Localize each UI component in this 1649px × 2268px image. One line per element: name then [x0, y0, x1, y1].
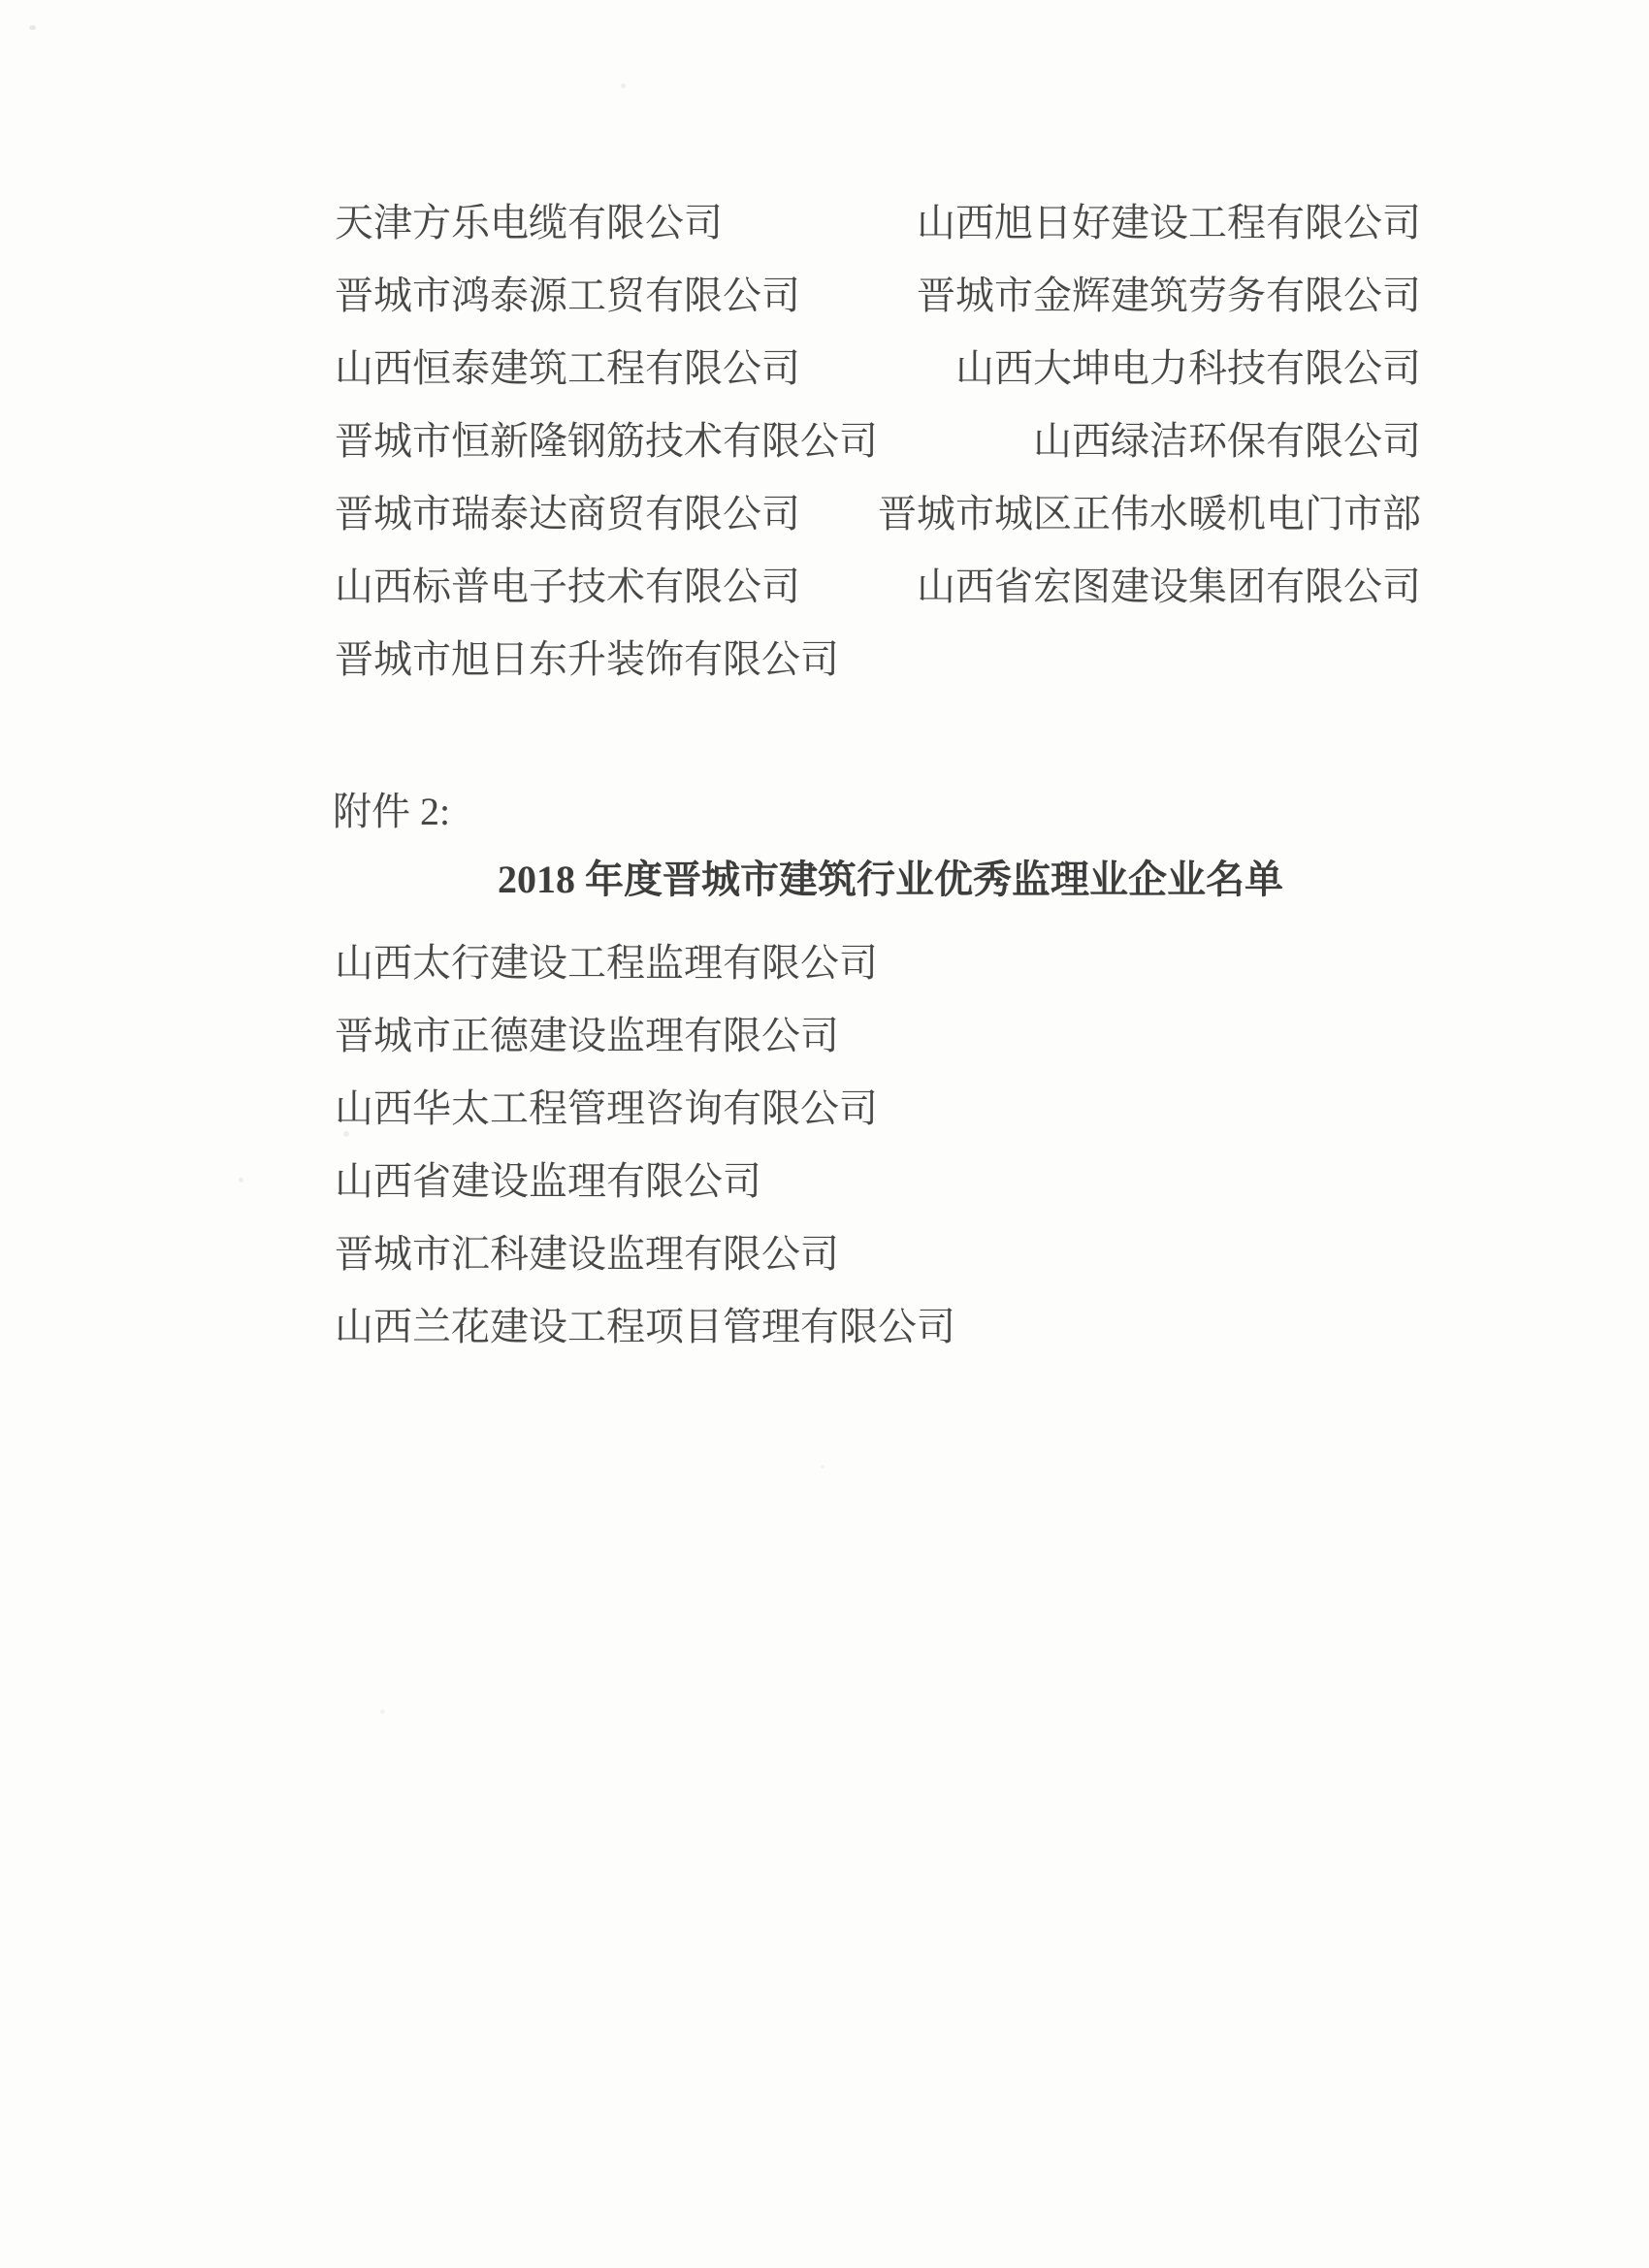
company-name-left: 山西恒泰建筑工程有限公司 — [335, 332, 800, 405]
scan-speck — [239, 1178, 243, 1183]
attachment-label: 附件 2: — [333, 793, 450, 831]
supervision-company-list: 山西太行建设工程监理有限公司 晋城市正德建设监理有限公司 山西华太工程管理咨询有… — [335, 926, 1421, 1363]
company-row: 山西标普电子技术有限公司 山西省宏图建设集团有限公司 — [335, 550, 1421, 623]
company-name-right: 山西旭日好建设工程有限公司 — [917, 186, 1421, 259]
company-name-left: 晋城市瑞泰达商贸有限公司 — [335, 477, 800, 550]
company-row: 晋城市瑞泰达商贸有限公司 晋城市城区正伟水暖机电门市部 — [335, 477, 1421, 550]
scan-speck — [343, 1131, 349, 1137]
company-name-left: 山西标普电子技术有限公司 — [335, 550, 800, 623]
company-name-left: 晋城市鸿泰源工贸有限公司 — [335, 259, 800, 332]
scan-speck — [621, 83, 626, 88]
list-item: 山西华太工程管理咨询有限公司 — [335, 1072, 1421, 1145]
list-item: 山西兰花建设工程项目管理有限公司 — [335, 1290, 1421, 1363]
company-row: 山西恒泰建筑工程有限公司 山西大坤电力科技有限公司 — [335, 332, 1421, 405]
company-name-left: 晋城市恒新隆钢筋技术有限公司 — [335, 405, 878, 477]
company-name-right: 山西绿洁环保有限公司 — [1033, 405, 1421, 477]
list-item: 山西省建设监理有限公司 — [335, 1145, 1421, 1217]
scan-speck — [380, 1709, 385, 1714]
attachment-title: 2018 年度晋城市建筑行业优秀监理业企业名单 — [347, 858, 1434, 902]
company-name-left: 天津方乐电缆有限公司 — [335, 186, 723, 259]
list-item: 晋城市汇科建设监理有限公司 — [335, 1217, 1421, 1290]
company-name-right: 山西大坤电力科技有限公司 — [955, 332, 1421, 405]
company-row: 晋城市旭日东升装饰有限公司 — [335, 623, 1421, 696]
company-row: 天津方乐电缆有限公司 山西旭日好建设工程有限公司 — [335, 186, 1421, 259]
company-name-left: 晋城市旭日东升装饰有限公司 — [335, 623, 839, 696]
company-row: 晋城市恒新隆钢筋技术有限公司 山西绿洁环保有限公司 — [335, 405, 1421, 477]
awarded-companies-two-column-section: 天津方乐电缆有限公司 山西旭日好建设工程有限公司 晋城市鸿泰源工贸有限公司 晋城… — [335, 186, 1421, 696]
scan-speck — [821, 1465, 824, 1469]
company-row: 晋城市鸿泰源工贸有限公司 晋城市金辉建筑劳务有限公司 — [335, 259, 1421, 332]
scanned-document-page: 天津方乐电缆有限公司 山西旭日好建设工程有限公司 晋城市鸿泰源工贸有限公司 晋城… — [0, 0, 1649, 2268]
company-name-right: 晋城市金辉建筑劳务有限公司 — [917, 259, 1421, 332]
list-item: 山西太行建设工程监理有限公司 — [335, 926, 1421, 999]
company-name-right: 晋城市城区正伟水暖机电门市部 — [878, 477, 1421, 550]
company-name-right: 山西省宏图建设集团有限公司 — [917, 550, 1421, 623]
list-item: 晋城市正德建设监理有限公司 — [335, 999, 1421, 1072]
scan-speck — [29, 25, 36, 30]
